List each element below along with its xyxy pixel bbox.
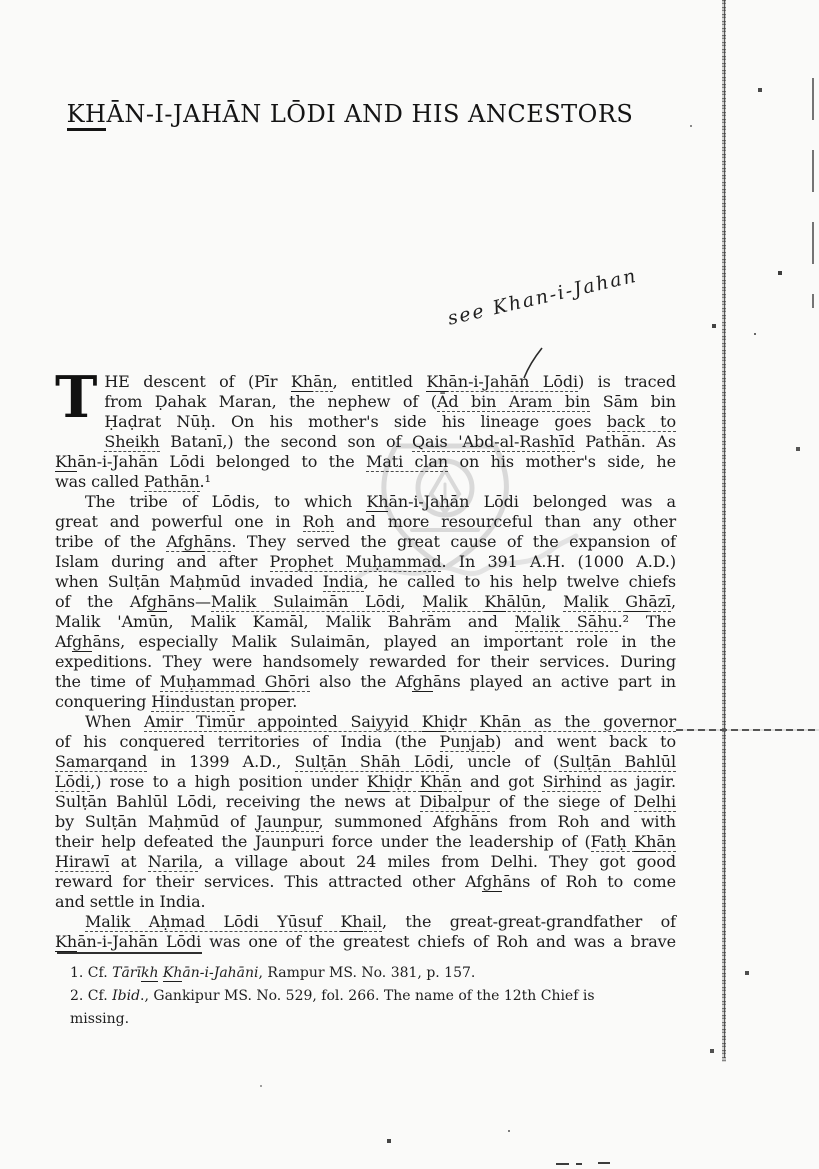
footnotes: 1. Cf. Tārīkh Khān-i-Jahāni, Rampur MS. …	[70, 962, 650, 1031]
body-text: THE descent of (Pīr Khān, entitled Khān-…	[55, 372, 676, 952]
scan-dash-mark	[576, 1163, 582, 1165]
text-line: Afghāns, especially Malik Sulaimān, play…	[55, 632, 676, 652]
paragraph: When Amir Timūr appointed Saiyyid Khiḍr …	[55, 712, 676, 912]
text-line: Lōdi,) rose to a high position under Khi…	[55, 772, 676, 792]
text-line: by Sulṭān Maḥmūd of Jaunpur, summoned Af…	[55, 812, 676, 832]
text-line: Khān-i-Jahān Lōdi belonged to the Mati c…	[55, 452, 676, 472]
paragraph: The tribe of Lōdis, to which Khān-i-Jahā…	[55, 492, 676, 712]
handwritten-annotation: see Khan-i-Jahan	[446, 265, 640, 330]
text-line: Samarqand in 1399 A.D., Sulṭān Shāh Lōdi…	[55, 752, 676, 772]
scan-speckles	[0, 0, 2, 2]
footnote-2: 2. Cf. Ibid., Gankipur MS. No. 529, fol.…	[70, 985, 650, 1031]
paragraph: Malik Aḥmad Lōdi Yūsuf Khail, the great-…	[55, 912, 676, 952]
drop-cap: T	[55, 374, 97, 433]
footnote-separator-rule	[57, 952, 202, 954]
text-line: THE descent of (Pīr Khān, entitled Khān-…	[55, 372, 676, 392]
text-line: when Sulṭān Maḥmūd invaded India, he cal…	[55, 572, 676, 592]
pencil-line-overflow	[676, 729, 819, 731]
text-line: expeditions. They were handsomely reward…	[55, 652, 676, 672]
text-line: Hirawī at Narila, a village about 24 mil…	[55, 852, 676, 872]
text-line: Malik Aḥmad Lōdi Yūsuf Khail, the great-…	[55, 912, 676, 932]
text-line: of the Afghāns—Malik Sulaimān Lōdi, Mali…	[55, 592, 676, 612]
text-line: from Ḍahak Maran, the nephew of (Ād bin …	[55, 392, 676, 412]
text-line: Sheikh Batanī,) the second son of Qais '…	[55, 432, 676, 452]
scan-dash-mark	[556, 1163, 569, 1165]
text-line: Malik 'Amūn, Malik Kamāl, Malik Bahrām a…	[55, 612, 676, 632]
text-line: Sulṭān Bahlūl Lōdi, receiving the news a…	[55, 792, 676, 812]
text-line: The tribe of Lōdis, to which Khān-i-Jahā…	[55, 492, 676, 512]
footnote-1: 1. Cf. Tārīkh Khān-i-Jahāni, Rampur MS. …	[70, 962, 650, 985]
text-line: reward for their services. This attracte…	[55, 872, 676, 892]
scanned-book-page: KHĀN-I-JAHĀN LŌDI AND HIS ANCESTORS see …	[0, 0, 819, 1169]
paragraph: THE descent of (Pīr Khān, entitled Khān-…	[55, 372, 676, 492]
text-line: the time of Muḥammad Ghōri also the Afgh…	[55, 672, 676, 692]
text-line: great and powerful one in Roh and more r…	[55, 512, 676, 532]
text-line: Khān-i-Jahān Lōdi was one of the greates…	[55, 932, 676, 952]
text-line: Ḥaḍrat Nūḥ. On his mother's side his lin…	[55, 412, 676, 432]
text-line: of his conquered territories of India (t…	[55, 732, 676, 752]
scan-dash-mark	[598, 1162, 610, 1164]
text-line: was called Pathān.¹	[55, 472, 676, 492]
text-line: Islam during and after Prophet Muḥammad.…	[55, 552, 676, 572]
text-line: When Amir Timūr appointed Saiyyid Khiḍr …	[55, 712, 676, 732]
text-line: and settle in India.	[55, 892, 676, 912]
page-fold-line-core	[724, 0, 725, 1058]
text-line: tribe of the Afghāns. They served the gr…	[55, 532, 676, 552]
scan-edge-line	[812, 78, 814, 308]
text-line: their help defeated the Jaunpuri force u…	[55, 832, 676, 852]
page-title: KHĀN-I-JAHĀN LŌDI AND HIS ANCESTORS	[40, 100, 660, 128]
text-line: conquering Hindustan proper.	[55, 692, 676, 712]
